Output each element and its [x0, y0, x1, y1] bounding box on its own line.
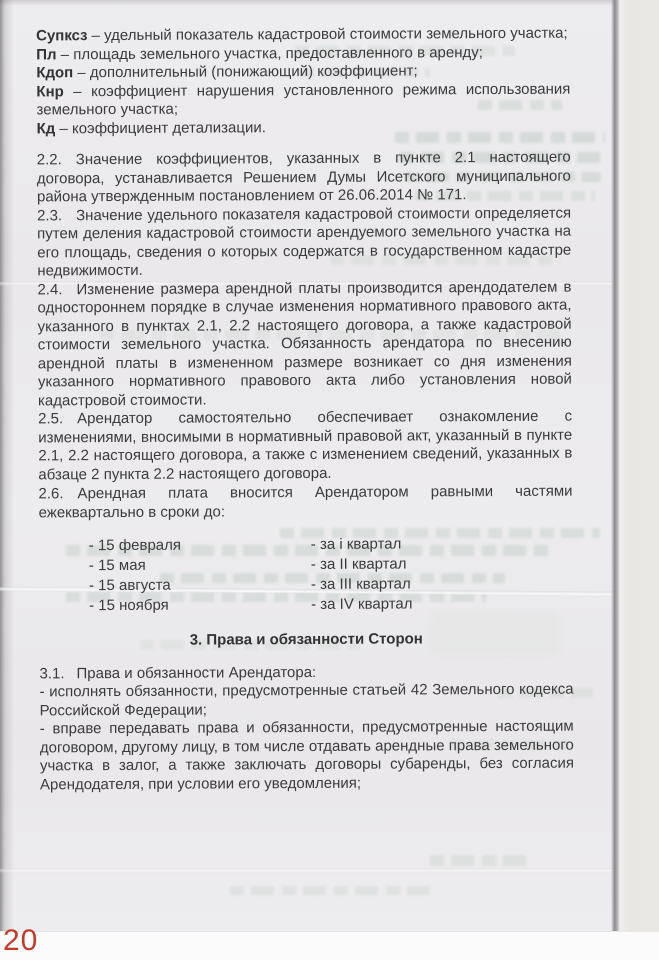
- schedule-row: - 15 ноября- за IV квартал: [89, 594, 573, 617]
- underlying-page-edge: [620, 0, 659, 931]
- clause-number: 2.2.: [37, 151, 76, 168]
- definition-text: – коэффициент детализации.: [59, 119, 266, 137]
- clause-number: 2.6.: [38, 485, 77, 502]
- payment-schedule: - 15 февраля- за i квартал - 15 мая- за …: [89, 534, 573, 617]
- schedule-quarter: - за IV квартал: [311, 594, 413, 615]
- definition-term: Кдоп: [36, 64, 73, 81]
- clause-text: Значение удельного показателя кадастрово…: [37, 204, 571, 279]
- coefficient-definitions: Супксз – удельный показатель кадастровой…: [36, 25, 571, 139]
- clause-text: Значение коэффициентов, указанных в пунк…: [37, 149, 571, 206]
- clause-number: 2.3.: [37, 207, 76, 224]
- definition-text: – дополнительный (понижающий) коэффициен…: [77, 62, 417, 81]
- clause-text: Арендная плата вносится Арендатором равн…: [39, 483, 573, 521]
- definition-term: Кнр: [36, 83, 63, 100]
- definition-term: Пл: [36, 46, 56, 63]
- schedule-row: - 15 мая- за II квартал: [89, 554, 573, 577]
- definition-kd: Кд – коэффициент детализации.: [37, 117, 571, 138]
- clause-text: Права и обязанности Арендатора:: [76, 663, 316, 681]
- tenant-right-item: - вправе передавать права и обязанности,…: [40, 718, 574, 795]
- definition-knr: Кнр – коэффициент нарушения установленно…: [36, 80, 570, 120]
- scan-background: [0, 931, 659, 960]
- paper-crease: [0, 868, 614, 873]
- bleed-through-text: [430, 855, 530, 866]
- clause-text: Арендатор самостоятельно обеспечивает оз…: [38, 408, 572, 483]
- definition-supksz: Супксз – удельный показатель кадастровой…: [36, 25, 570, 46]
- page-number: 20: [3, 925, 38, 957]
- definition-text: – коэффициент нарушения установленного р…: [36, 80, 570, 118]
- schedule-quarter: - за III квартал: [311, 574, 411, 595]
- definition-text: – площадь земельного участка, предоставл…: [61, 44, 483, 63]
- clause-2-4: 2.4.Изменение размера арендной платы про…: [37, 278, 572, 410]
- schedule-quarter: - за i квартал: [311, 535, 402, 555]
- clause-text: Изменение размера арендной платы произво…: [37, 278, 571, 409]
- scanned-page: Супксз – удельный показатель кадастровой…: [0, 0, 614, 931]
- section-heading: 3. Права и обязанности Сторон: [39, 630, 573, 651]
- document-content: Супксз – удельный показатель кадастровой…: [0, 0, 616, 795]
- schedule-date: - 15 августа: [89, 575, 311, 596]
- schedule-date: - 15 ноября: [89, 595, 311, 616]
- schedule-quarter: - за II квартал: [311, 554, 407, 575]
- clause-2-3: 2.3.Значение удельного показателя кадаст…: [37, 204, 571, 281]
- definition-term: Супксз: [36, 27, 87, 44]
- schedule-date: - 15 февраля: [89, 535, 311, 556]
- clause-2-6: 2.6.Арендная плата вносится Арендатором …: [38, 483, 572, 523]
- clause-2-5: 2.5.Арендатор самостоятельно обеспечивае…: [38, 408, 572, 485]
- schedule-row: - 15 августа- за III квартал: [89, 574, 573, 597]
- clause-number: 2.5.: [38, 410, 77, 427]
- definition-text: – удельный показатель кадастровой стоимо…: [92, 25, 568, 44]
- clause-2-2: 2.2.Значение коэффициентов, указанных в …: [37, 149, 571, 207]
- schedule-date: - 15 мая: [89, 555, 311, 576]
- bleed-through-text: [230, 886, 430, 895]
- clause-number: 2.4.: [37, 281, 76, 298]
- schedule-row: - 15 февраля- за i квартал: [89, 534, 573, 557]
- page-right-edge: [611, 0, 620, 931]
- definition-term: Кд: [37, 120, 56, 137]
- tenant-duty-item: - исполнять обязанности, предусмотренные…: [39, 681, 573, 721]
- clause-number: 3.1.: [39, 665, 76, 682]
